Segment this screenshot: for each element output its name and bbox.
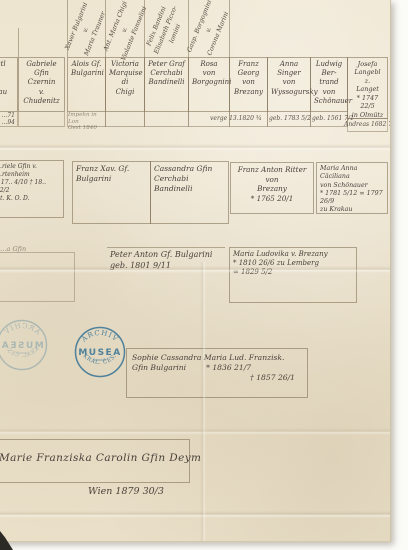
birth-date: * 1836 21/7 [206, 363, 251, 373]
date-note-langebl: Andreas 1682 7/6 [347, 118, 388, 132]
pedigree-box-peter-anton-bulgarini: Peter Anton Gf. Bulgarinigeb. 1801 9/11 [107, 247, 225, 300]
archive-stamp-offset: ARCHIV MUSEA KRÁL. ČES. [0, 315, 52, 375]
pedigree-box-victoria-chigi: VictoriaMarquisediChigi [105, 57, 145, 112]
pedigree-box-cassandra-bandinelli: Cassandra GfinCerchabi Bandinelli [150, 161, 229, 224]
pedigree-box-franz-anton-brezany: Franz Anton Ritter vonBrezany* 1765 20/1 [230, 162, 314, 214]
pedigree-box-franz-xav-bulgarini: Franz Xav. Gf.Bulgarini [72, 161, 151, 224]
slant-name-bulgarini-trauner: Xaver Bulgariniv.Maria Trauner [67, 0, 105, 56]
fold-crease [200, 262, 206, 541]
document-paper: Xaver Bulgariniv.Maria Trauner Ant. Mari… [0, 0, 391, 542]
date-cell [18, 112, 65, 127]
date-note-schoenauer: geb. 1561 7/1 [310, 112, 348, 127]
pedigree-box-rosa-borgognini: RosavonBorgognini [188, 57, 230, 112]
pedigree-box-cerchabi-bandinelli: Peter GrafCerchabiBandinelli [144, 57, 189, 112]
pedigree-box-maria-schoenauer: Maria Anna Cäcilianavon Schönauer* 1781 … [316, 162, 388, 214]
person-name: Sophie Cassandra Maria Lud. Franzisk. [132, 353, 302, 363]
rule-line [18, 28, 19, 57]
date-cell [144, 112, 189, 127]
pedigree-box-franz-georg-brezany: Franz GeorgvonBrezany [229, 57, 268, 112]
pedigree-box-czernin: Gabriele GfinCzerninv.Chudenitz [18, 57, 65, 112]
pedigree-box-maria-ludovika-brezany: Maria Ludovika v. Brezany* 1810 26/6 zu … [229, 247, 357, 303]
fold-crease [0, 511, 390, 518]
pedigree-box-anna-singer: AnnaSingervonWyssogursky [267, 57, 311, 112]
pedigree-box-alois-bulgarini: Alois Gf.Bulgarini [67, 57, 106, 112]
fold-crease [0, 428, 390, 435]
slant-name-bandini-piccolomini: Felix BandiniElisabeth Picco-lomini [144, 0, 188, 56]
place-date-note: Wien 1879 30/3 [88, 486, 164, 497]
slant-name-borgognini-marini: Gasp. Borgogniniv.Corona Marini [188, 0, 229, 56]
pedigree-box-sophie-bulgarini: Sophie Cassandra Maria Lud. Franzisk. Gf… [126, 348, 308, 398]
slant-name-chigi-fannelini: Ant. Maria Chigiv.Violante Fannelini [105, 0, 144, 56]
archive-stamp: ARCHIV MUSEA KRÁL. ČES. [70, 322, 130, 382]
death-date: † 1857 26/1 [132, 373, 302, 383]
fragment-label: …a Gfin [0, 245, 26, 253]
pedigree-box-marie-deym: Marie Franziska Carolin Gfin Deym [0, 439, 190, 483]
date-note-alois: Impehn in LonGest 1840 [67, 112, 106, 127]
date-cell [105, 112, 145, 127]
date-note-brezany: verge 13.1820 ¾ [229, 112, 268, 127]
pedigree-box-empty-left [0, 252, 75, 302]
pedigree-box-schoenauer: Ludwig Ber-trand vonSchönauer [310, 57, 348, 112]
photo-background: Xaver Bulgariniv.Maria Trauner Ant. Mari… [0, 0, 408, 550]
pedigree-box-josefa-langebl: JosefaLangeblz.Langet* 1747 22/5in Olmüt… [347, 57, 388, 119]
pedigree-box-partial-left: …stl Gf.…chau [0, 57, 18, 112]
person-name: Gfin Bulgarini [132, 363, 186, 373]
pedigree-box-partial-gfin: …riele Gfin v.…rtenheim* 17.. 4/10 † 18.… [0, 160, 64, 218]
fold-crease [0, 144, 390, 151]
date-note-singer: geb. 1783 5/2 [267, 112, 311, 127]
person-name: Marie Franziska Carolin Gfin Deym [0, 452, 186, 466]
date-note-left: …71…94 [0, 112, 18, 127]
